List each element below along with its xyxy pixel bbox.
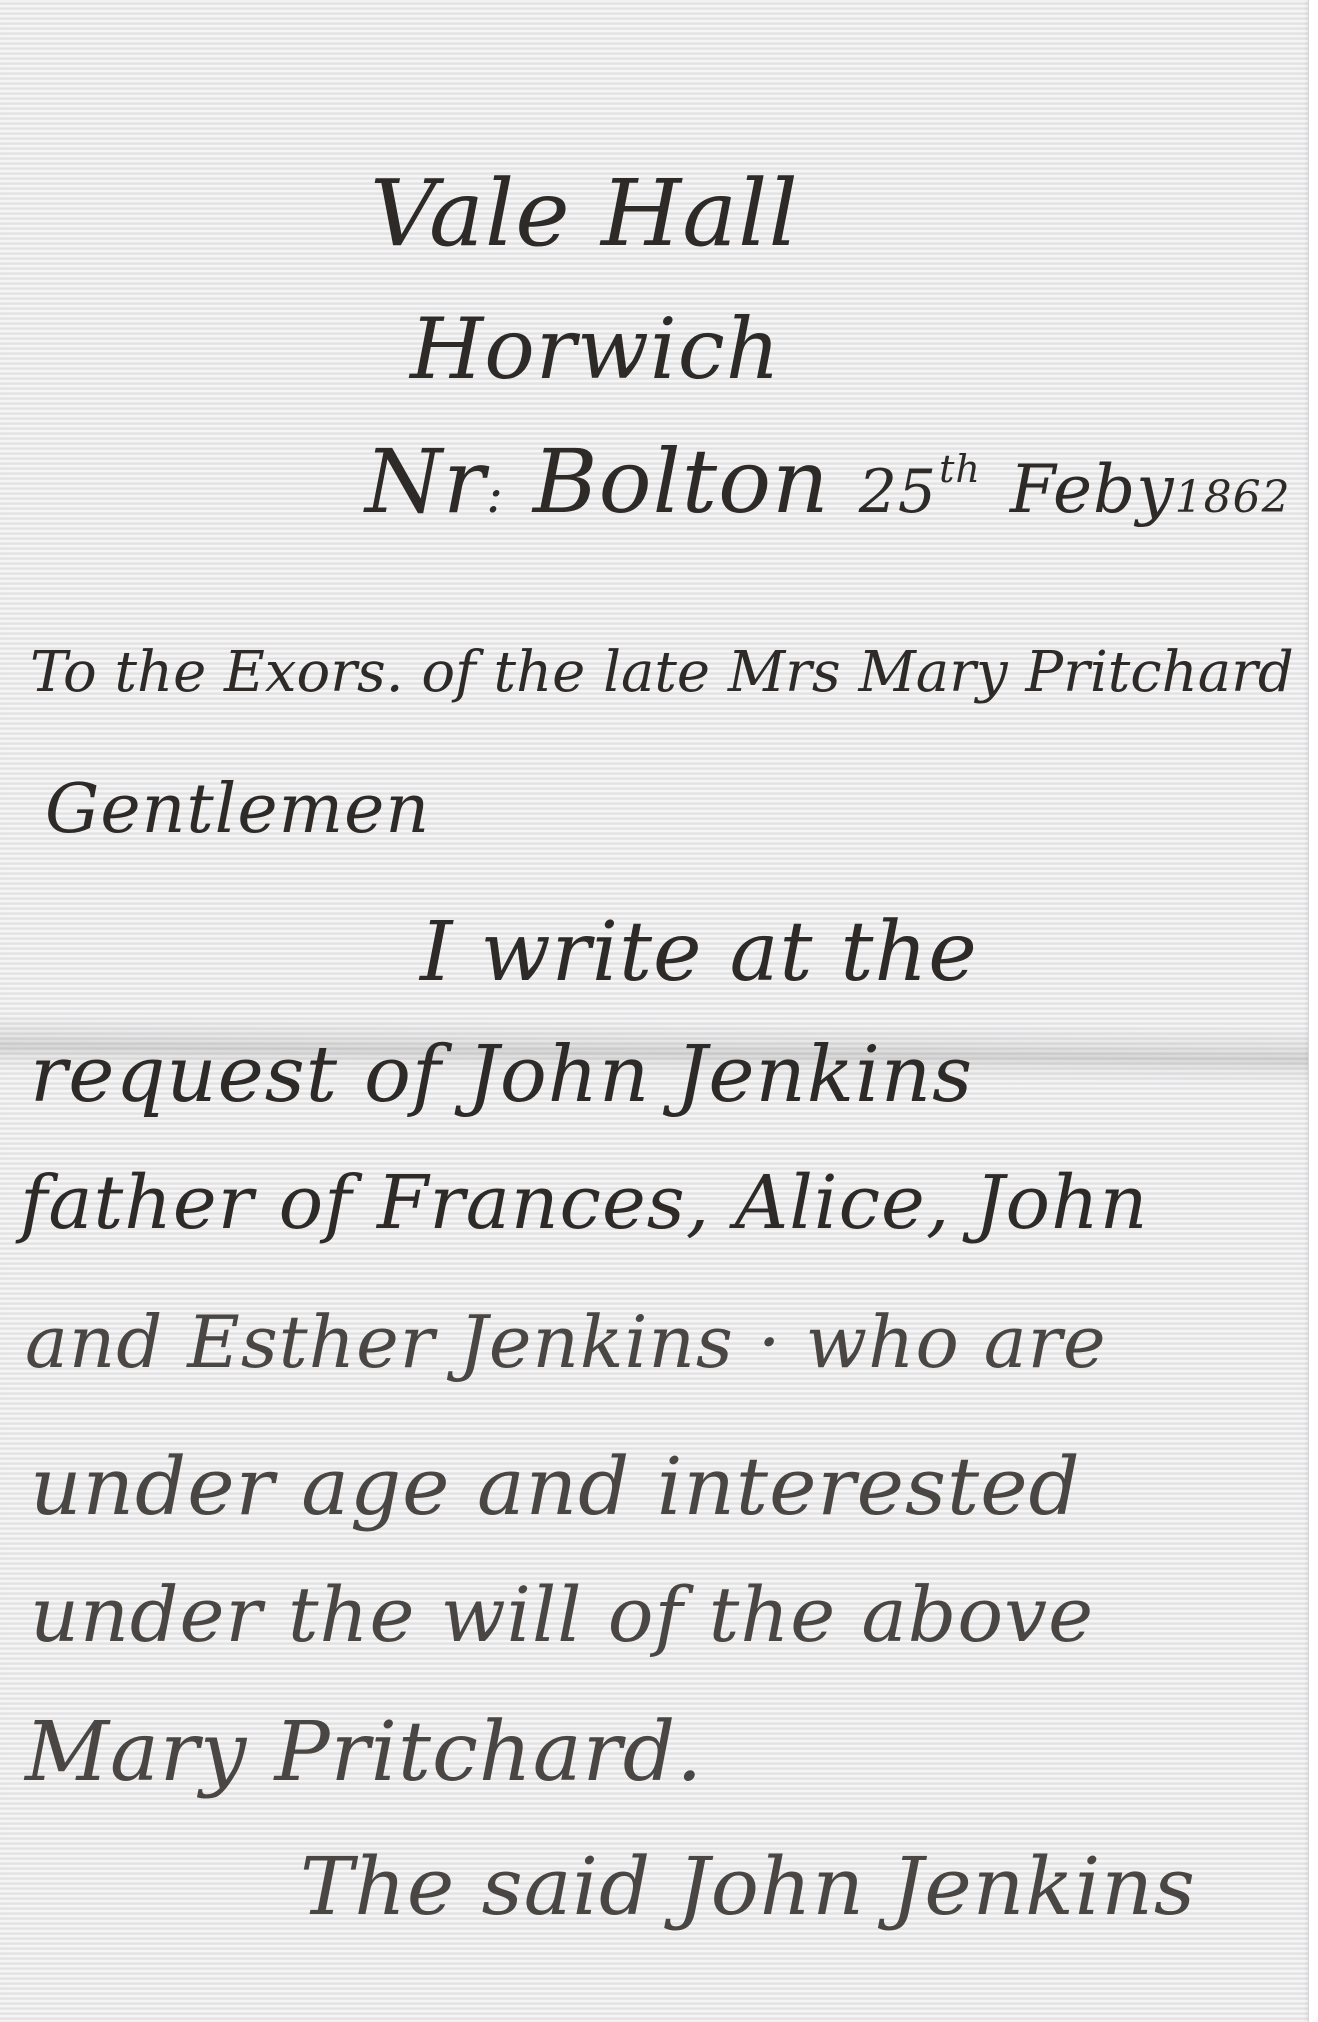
- body-line-7: Mary Pritchard.: [25, 1705, 703, 1800]
- body-line-3: father of Frances, Alice, John: [20, 1160, 1148, 1246]
- address-line-1: Vale Hall: [370, 160, 799, 267]
- body-line-5: under age and interested: [30, 1440, 1081, 1533]
- date-day: 25: [859, 457, 937, 527]
- address-place: Bolton: [533, 430, 830, 533]
- letter-page: Vale Hall Horwich Nr: Bolton 25th Feby18…: [0, 0, 1309, 2022]
- body-line-4: and Esther Jenkins · who are: [25, 1300, 1107, 1384]
- addressee-line: To the Exors. of the late Mrs Mary Pritc…: [30, 640, 1294, 705]
- body-line-6: under the will of the above: [30, 1570, 1094, 1659]
- date-year: 1862: [1175, 472, 1291, 523]
- body-line-2: request of John Jenkins: [30, 1030, 973, 1120]
- date-suffix: th: [939, 447, 981, 491]
- address-line-2: Horwich: [410, 300, 781, 398]
- address-line-3: Nr: Bolton 25th Feby1862: [365, 430, 1291, 533]
- body-line-8: The said John Jenkins: [300, 1840, 1196, 1933]
- greeting: Gentlemen: [45, 770, 430, 849]
- date-month: Feby: [1010, 451, 1175, 528]
- body-line-1: I write at the: [420, 905, 978, 1000]
- address-prefix: Nr: [365, 430, 486, 533]
